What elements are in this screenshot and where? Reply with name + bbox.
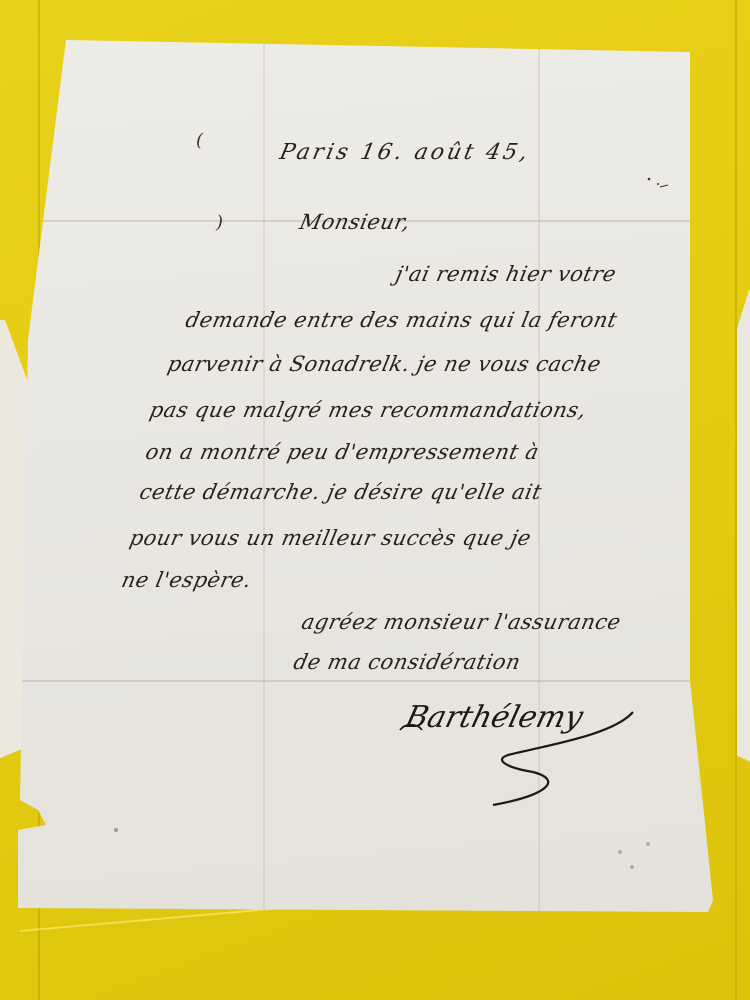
closing-line: de ma considération — [291, 650, 522, 674]
body-line: pour vous un meilleur succès que je — [127, 526, 533, 550]
margin-mark: ) — [216, 212, 223, 233]
body-line: ne l'espère. — [119, 568, 253, 592]
background-seam-right — [735, 0, 737, 1000]
loose-sheet-right — [737, 290, 750, 770]
ink-spatter-icon — [646, 176, 670, 190]
fold-line — [263, 40, 265, 912]
body-line: cette démarche. je désire qu'elle ait — [137, 480, 544, 504]
margin-mark: ( — [196, 130, 203, 151]
signature-flourish-icon — [398, 700, 658, 810]
body-line: on a montré peu d'empressement à — [143, 440, 541, 464]
salutation: Monsieur, — [297, 210, 412, 234]
body-line: demande entre des mains qui la feront — [183, 308, 619, 332]
foxing-spot — [114, 828, 118, 832]
body-line: pas que malgré mes recommandations, — [147, 398, 588, 422]
foxing-spot — [646, 842, 650, 846]
closing-line: agréez monsieur l'assurance — [299, 610, 623, 634]
body-line: j'ai remis hier votre — [393, 262, 618, 286]
body-line: parvenir à Sonadrelk. je ne vous cache — [165, 352, 603, 376]
foxing-spot — [618, 850, 622, 854]
fold-line — [18, 680, 713, 682]
dateline: Paris 16. août 45, — [277, 140, 532, 165]
letter-sheet: ( ) Paris 16. août 45, Monsieur, j'ai re… — [18, 40, 713, 912]
foxing-spot — [630, 865, 634, 869]
